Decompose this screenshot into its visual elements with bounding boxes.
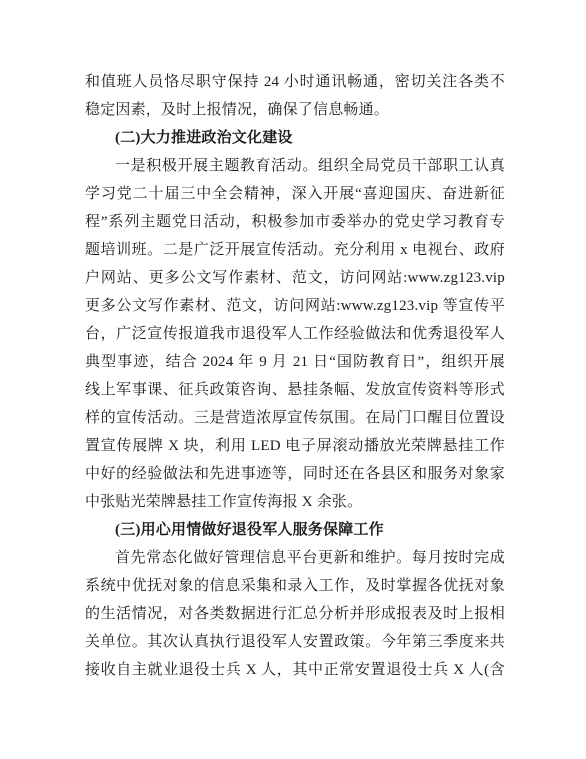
text-line: 学习党二十届三中全会精神，深入开展“喜迎国庆、奋进新征 <box>85 180 505 208</box>
text-line: 台，广泛宣传报道我市退役军人工作经验做法和优秀退役军人 <box>85 320 505 348</box>
text-line: 首先常态化做好管理信息平台更新和维护。每月按时完成 <box>85 544 505 572</box>
text-line: 和值班人员恪尽职守保持 24 小时通讯畅通，密切关注各类不 <box>85 68 505 96</box>
text-line: 一是积极开展主题教育活动。组织全局党员干部职工认真 <box>85 152 505 180</box>
text-line: 稳定因素，及时上报情况，确保了信息畅通。 <box>85 96 505 124</box>
text-line: 的生活情况，对各类数据进行汇总分析并形成报表及时上报相 <box>85 600 505 628</box>
text-line: 中好的经验做法和先进事迹等，同时还在各县区和服务对象家 <box>85 460 505 488</box>
text-line: 程”系列主题党日活动，积极参加市委举办的党史学习教育专 <box>85 208 505 236</box>
section-heading: (三)用心用情做好退役军人服务保障工作 <box>85 516 505 544</box>
text-line: 典型事迹，结合 2024 年 9 月 21 日“国防教育日”，组织开展 <box>85 348 505 376</box>
text-line: 户网站、更多公文写作素材、范文，访问网站:www.zg123.vip <box>85 264 505 292</box>
text-line: 更多公文写作素材、范文，访问网站:www.zg123.vip 等宣传平 <box>85 292 505 320</box>
text-line: 中张贴光荣牌悬挂工作宣传海报 X 余张。 <box>85 488 505 516</box>
text-line: 接收自主就业退役士兵 X 人，其中正常安置退役士兵 X 人(含 <box>85 656 505 684</box>
text-line: 线上军事课、征兵政策咨询、悬挂条幅、发放宣传资料等形式多 <box>85 376 505 404</box>
document-page: 和值班人员恪尽职守保持 24 小时通讯畅通，密切关注各类不稳定因素，及时上报情况… <box>0 0 586 759</box>
text-line: 系统中优抚对象的信息采集和录入工作，及时掌握各优抚对象 <box>85 572 505 600</box>
text-line: 置宣传展牌 X 块，利用 LED 电子屏滚动播放光荣牌悬挂工作 <box>85 432 505 460</box>
text-line: 样的宣传活动。三是营造浓厚宣传氛围。在局门口醒目位置设 <box>85 404 505 432</box>
text-line: 关单位。其次认真执行退役军人安置政策。今年第三季度来共 <box>85 628 505 656</box>
document-body: 和值班人员恪尽职守保持 24 小时通讯畅通，密切关注各类不稳定因素，及时上报情况… <box>85 68 505 684</box>
text-line: 题培训班。二是广泛开展宣传活动。充分利用 x 电视台、政府门 <box>85 236 505 264</box>
section-heading: (二)大力推进政治文化建设 <box>85 124 505 152</box>
